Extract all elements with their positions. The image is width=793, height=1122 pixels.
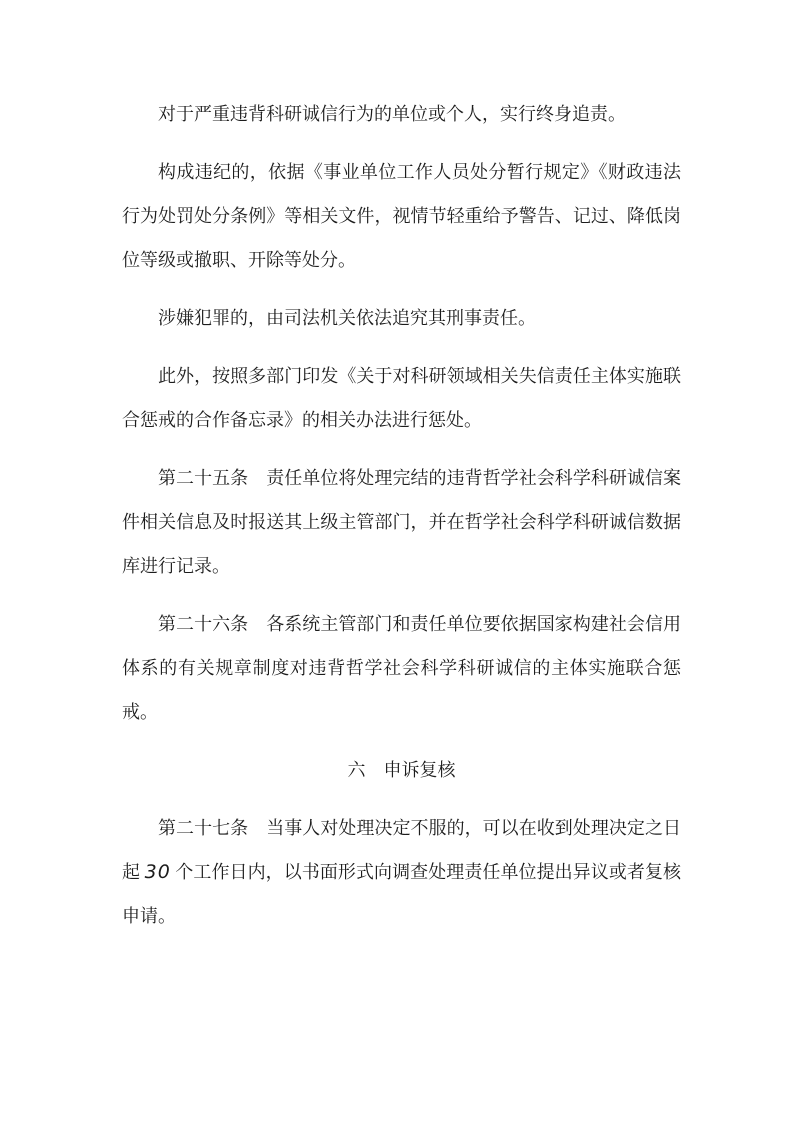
paragraph-article-25: 第二十五条 责任单位将处理完结的违背哲学社会科学科研诚信案件相关信息及时报送其上…: [122, 456, 681, 588]
paragraph-article-27: 第二十七条 当事人对处理决定不服的，可以在收到处理决定之日起 30 个工作日内，…: [122, 806, 681, 938]
paragraph-disciplinary-action: 构成违纪的，依据《事业单位工作人员处分暂行规定》《财政违法行为处罚处分条例》等相…: [122, 150, 681, 282]
paragraph-joint-punishment-memo: 此外，按照多部门印发《关于对科研领域相关失信责任主体实施联合惩戒的合作备忘录》的…: [122, 354, 681, 442]
section-heading-appeal-review: 六 申诉复核: [122, 748, 681, 792]
article-27-text-suffix: 个工作日内，以书面形式向调查处理责任单位提出异议或者复核申请。: [122, 862, 681, 926]
document-page: 对于严重违背科研诚信行为的单位或个人，实行终身追责。 构成违纪的，依据《事业单位…: [0, 0, 793, 1122]
handwritten-number-30: 30: [145, 861, 171, 883]
paragraph-lifetime-accountability: 对于严重违背科研诚信行为的单位或个人，实行终身追责。: [122, 92, 681, 136]
paragraph-criminal-liability: 涉嫌犯罪的，由司法机关依法追究其刑事责任。: [122, 296, 681, 340]
paragraph-article-26: 第二十六条 各系统主管部门和责任单位要依据国家构建社会信用体系的有关规章制度对违…: [122, 602, 681, 734]
